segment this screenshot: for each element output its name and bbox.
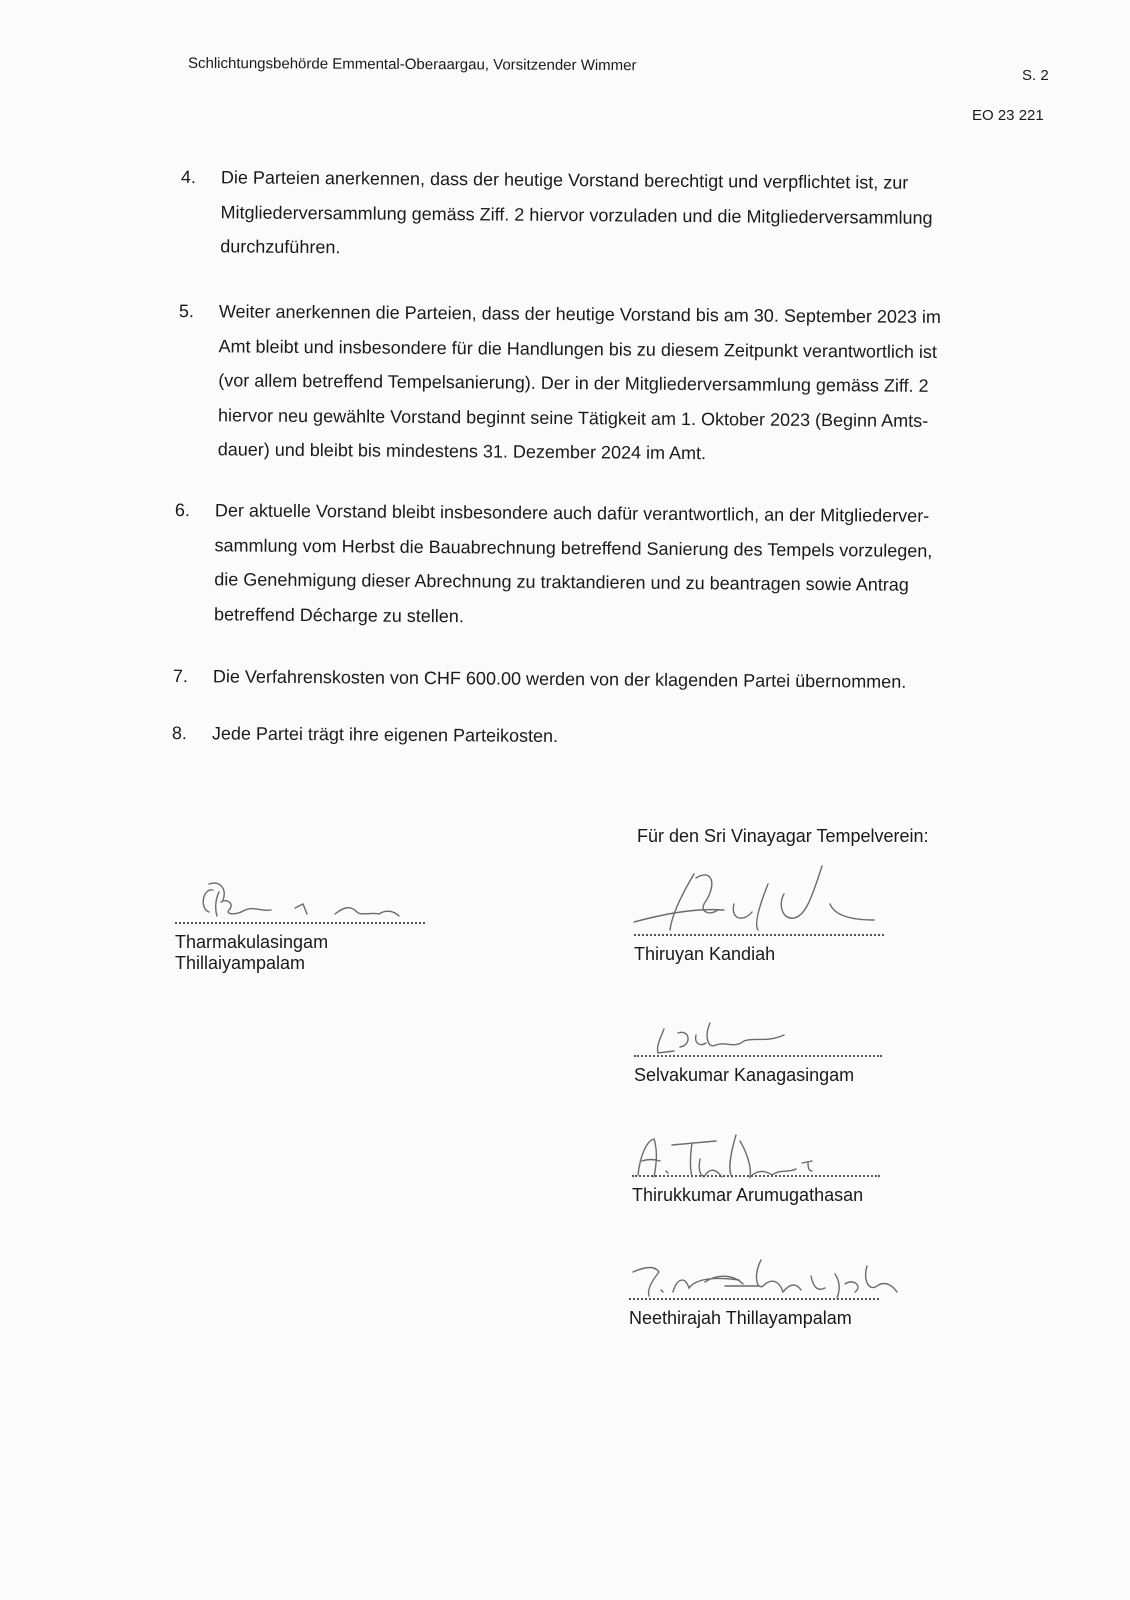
case-reference: EO 23 221 [972,107,1044,124]
item-number: 7. [173,659,203,694]
item-text-line: Die Parteien anerkennen, dass der heutig… [221,160,933,200]
item-text-line: durchzuführen. [220,229,932,269]
item-text-line: Weiter anerkennen die Parteien, dass der… [219,294,941,334]
settlement-item-8: 8. Jede Partei trägt ihre eigenen Partei… [172,716,558,754]
authority-header: Schlichtungsbehörde Emmental-Oberaargau,… [188,55,637,74]
signatory-name: Selvakumar Kanagasingam [634,1065,854,1085]
signature-block-right-1: Thiruyan Kandiah [634,934,884,965]
settlement-item-6: 6. Der aktuelle Vorstand bleibt insbeson… [174,493,933,637]
item-text-line: Die Verfahrenskosten von CHF 600.00 werd… [213,659,907,699]
item-text-line: betreffend Décharge zu stellen. [214,597,932,637]
item-text-line: dauer) und bleibt bis mindestens 31. Dez… [218,432,940,472]
item-text-line: hiervor neu gewählte Vorstand beginnt se… [218,398,940,438]
signatory-name: Neethirajah Thillayampalam [629,1308,852,1328]
handwritten-signature-icon [634,1021,884,1061]
settlement-item-4: 4. Die Parteien anerkennen, dass der heu… [180,160,933,269]
handwritten-signature-icon [634,864,884,934]
settlement-item-7: 7. Die Verfahrenskosten von CHF 600.00 w… [173,659,907,699]
signature-block-left: Tharmakulasingam Thillaiyampalam [175,922,425,974]
signature-block-right-4: Neethirajah Thillayampalam [629,1298,879,1329]
item-text-line: sammlung vom Herbst die Bauabrechnung be… [214,528,932,568]
item-text-line: Der aktuelle Vorstand bleibt insbesonder… [215,493,933,533]
settlement-item-5: 5. Weiter anerkennen die Parteien, dass … [178,294,941,472]
signatory-name: Tharmakulasingam Thillaiyampalam [175,932,328,973]
item-text-line: Mitgliederversammlung gemäss Ziff. 2 hie… [220,195,932,235]
signature-block-right-3: Thirukkumar Arumugathasan [632,1175,880,1206]
signatory-name: Thirukkumar Arumugathasan [632,1185,863,1205]
handwritten-signature-icon [175,880,425,930]
signatory-name: Thiruyan Kandiah [634,944,775,964]
item-number: 6. [175,493,205,528]
item-number: 4. [181,160,211,195]
item-text-line: Amt bleibt und insbesondere für die Hand… [218,329,940,369]
item-number: 8. [172,716,202,751]
item-text-line: die Genehmigung dieser Abrechnung zu tra… [214,562,932,602]
item-text-line: (vor allem betreffend Tempelsanierung). … [218,363,940,403]
signature-line [634,934,884,936]
handwritten-signature-icon [629,1256,929,1306]
item-number: 5. [179,294,209,329]
signature-block-right-2: Selvakumar Kanagasingam [634,1055,882,1086]
handwritten-signature-icon [632,1131,882,1181]
page-number: S. 2 [1022,67,1049,84]
club-label: Für den Sri Vinayagar Tempelverein: [637,826,929,847]
item-text-line: Jede Partei trägt ihre eigenen Parteikos… [212,716,558,753]
